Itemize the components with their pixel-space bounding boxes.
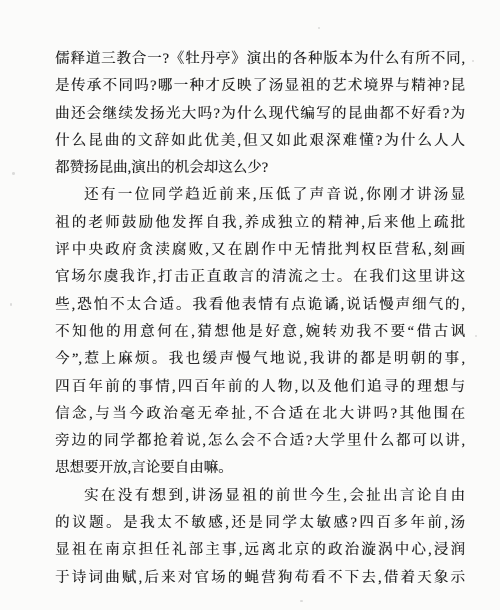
scan-speck: [300, 600, 303, 602]
scan-speck: [455, 210, 457, 212]
book-page: 儒释道三教合一?《牡丹亭》演出的各种版本为什么有所不同, 是传承不同吗?哪一种才…: [0, 0, 500, 610]
text-line: 显祖在南京担任礼部主事,远离北京的政治漩涡中心,浸润: [55, 537, 465, 564]
scan-speck: [415, 52, 418, 54]
scan-speck: [318, 27, 320, 29]
text-line: 于诗词曲赋,后来对官场的蝇营狗苟看不下去,借着天象示: [55, 565, 465, 592]
text-line: 都赞扬昆曲,演出的机会却这么少?: [55, 155, 465, 182]
text-line: 官场尔虞我诈,打击正直敢言的清流之士。在我们这里讲这: [55, 264, 465, 291]
text-line: 儒释道三教合一?《牡丹亭》演出的各种版本为什么有所不同,: [55, 46, 465, 73]
text-line: 些,恐怕不太合适。我看他表情有点诡谲,说话慢声细气的,: [55, 292, 465, 319]
text-line: 旁边的同学都抢着说,怎么会不合适?大学里什么都可以讲,: [55, 428, 465, 455]
text-line: 曲还会继续发扬光大吗?为什么现代编写的昆曲都不好看?为: [55, 101, 465, 128]
text-line: 不知他的用意何在,猜想他是好意,婉转劝我不要“借古讽: [55, 319, 465, 346]
text-line: 实在没有想到,讲汤显祖的前世今生,会扯出言论自由: [55, 483, 465, 510]
text-line: 什么昆曲的文辞如此优美,但又如此艰深难懂?为什么人人: [55, 128, 465, 155]
scan-speck: [472, 60, 474, 62]
page-text-block: 儒释道三教合一?《牡丹亭》演出的各种版本为什么有所不同, 是传承不同吗?哪一种才…: [55, 46, 465, 592]
scan-speck: [12, 172, 15, 175]
scan-speck: [10, 303, 12, 306]
text-line: 评中央政府贪渎腐败,又在剧作中无情批判权臣营私,刻画: [55, 237, 465, 264]
text-line: 是传承不同吗?哪一种才反映了汤显祖的艺术境界与精神?昆: [55, 73, 465, 100]
text-line: 祖的老师鼓励他发挥自我,养成独立的精神,后来他上疏批: [55, 210, 465, 237]
scan-speck: [92, 135, 94, 137]
text-line: 思想要开放,言论要自由嘛。: [55, 455, 465, 482]
text-line: 今”,惹上麻烦。我也缓声慢气地说,我讲的都是明朝的事,: [55, 346, 465, 373]
text-line: 的议题。是我太不敏感,还是同学太敏感?四百多年前,汤: [55, 510, 465, 537]
text-line: 信念,与当今政治毫无牵扯,不合适在北大讲吗?其他围在: [55, 401, 465, 428]
text-line: 还有一位同学趋近前来,压低了声音说,你刚才讲汤显: [55, 182, 465, 209]
scan-speck: [475, 335, 477, 337]
text-line: 四百年前的事情,四百年前的人物,以及他们追寻的理想与: [55, 374, 465, 401]
